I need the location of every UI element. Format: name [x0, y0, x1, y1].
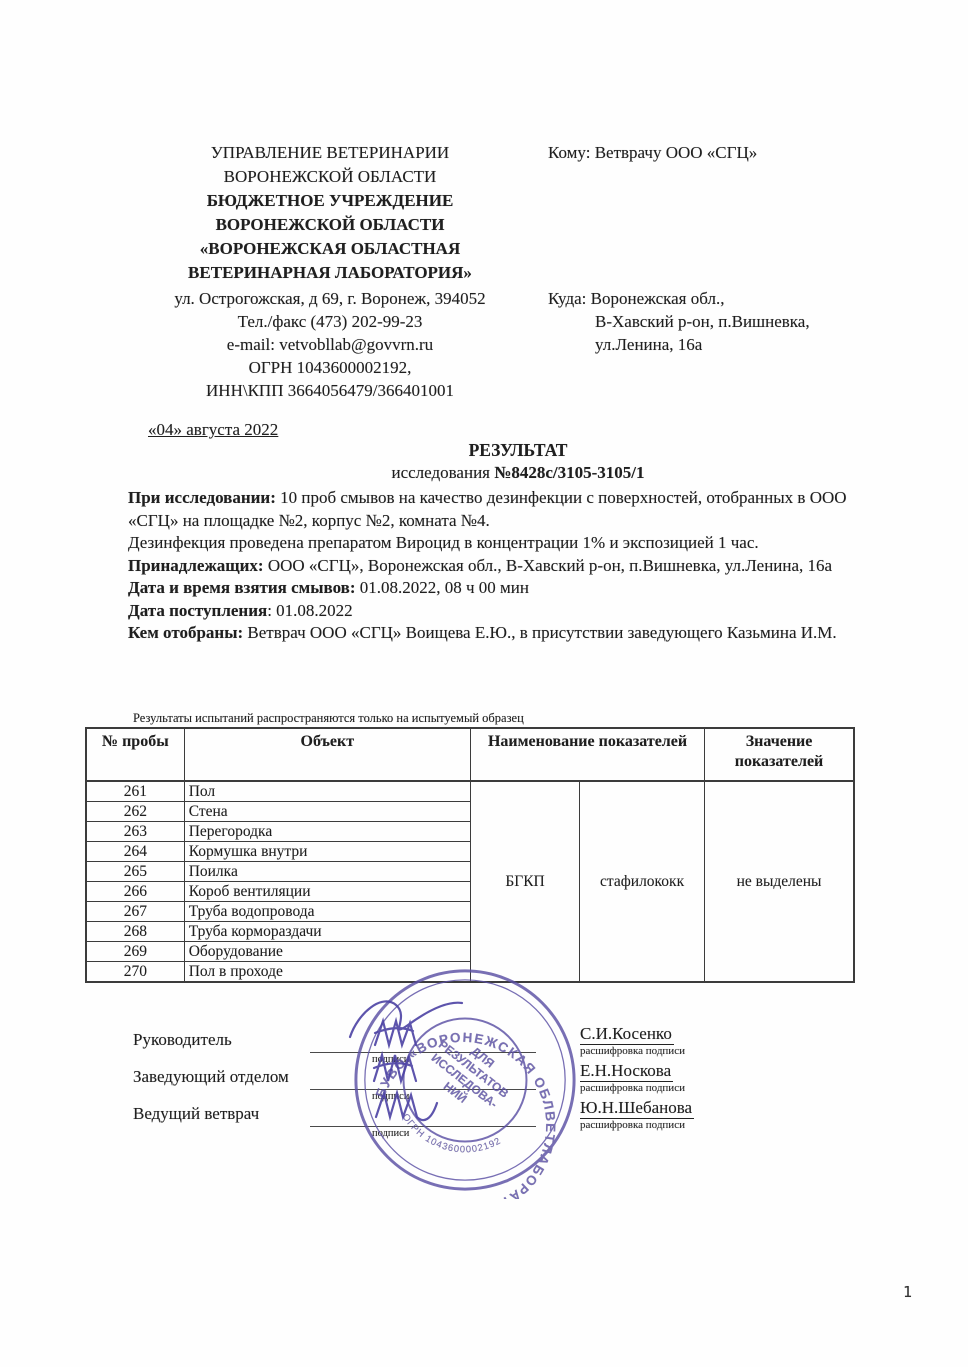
contact-line: ОГРН 1043600002192, — [100, 356, 560, 379]
header-object: Объект — [184, 728, 470, 781]
paragraph: При исследовании: 10 проб смывов на каче… — [128, 487, 882, 532]
object-cell: Кормушка внутри — [184, 842, 470, 862]
body-paragraphs: При исследовании: 10 проб смывов на каче… — [128, 487, 882, 645]
object-cell: Пол — [184, 781, 470, 802]
object-cell: Труба кормораздачи — [184, 922, 470, 942]
page-number: 1 — [903, 1283, 912, 1301]
org-name-line: ВЕТЕРИНАРНАЯ ЛАБОРАТОРИЯ» — [115, 261, 545, 285]
to-value: Ветврачу ООО «СГЦ» — [595, 143, 758, 162]
sample-number-cell: 266 — [86, 882, 184, 902]
org-name-line: ВОРОНЕЖСКОЙ ОБЛАСТИ — [115, 213, 545, 237]
object-cell: Поилка — [184, 862, 470, 882]
header-sample-number: № пробы — [86, 728, 184, 781]
sample-number-cell: 269 — [86, 942, 184, 962]
where-first-line: Куда: Воронежская обл., — [548, 287, 810, 310]
org-name-line: БЮДЖЕТНОЕ УЧРЕЖДЕНИЕ — [115, 189, 545, 213]
paragraph-text: ООО «СГЦ», Воронежская обл., В-Хавский р… — [264, 556, 833, 575]
paragraph-lead: Дата и время взятия смывов: — [128, 578, 356, 597]
paragraph: Принадлежащих: ООО «СГЦ», Воронежская об… — [128, 555, 882, 578]
header-indicator-name: Наименование показателей — [470, 728, 704, 781]
sample-number-cell: 263 — [86, 822, 184, 842]
results-table: № пробы Объект Наименование показателей … — [85, 727, 855, 983]
signature-scribble-1 — [375, 1021, 416, 1045]
org-name-line: УПРАВЛЕНИЕ ВЕТЕРИНАРИИ — [115, 141, 545, 165]
contact-line: Тел./факс (473) 202-99-23 — [100, 310, 560, 333]
signer-role-label: Заведующий отделом — [133, 1067, 289, 1087]
object-cell: Короб вентиляции — [184, 882, 470, 902]
sample-number-cell: 265 — [86, 862, 184, 882]
contact-line: ул. Острогожская, д 69, г. Воронеж, 3940… — [100, 287, 560, 310]
subtitle-prefix: исследования — [391, 463, 490, 482]
scanned-document-page: УПРАВЛЕНИЕ ВЕТЕРИНАРИИВОРОНЕЖСКОЙ ОБЛАСТ… — [0, 0, 968, 1367]
indicator-name-cell: БГКП — [470, 781, 579, 982]
paragraph: Дата поступления: 01.08.2022 — [128, 600, 882, 623]
signature-scribbles — [330, 975, 690, 1155]
signature-scribble-2 — [374, 1055, 416, 1081]
org-name-line: ВОРОНЕЖСКОЙ ОБЛАСТИ — [115, 165, 545, 189]
results-note: Результаты испытаний распространяются то… — [133, 711, 524, 726]
org-name-line: «ВОРОНЕЖСКАЯ ОБЛАСТНАЯ — [115, 237, 545, 261]
where-value: Воронежская обл., — [591, 289, 725, 308]
sender-org-block: УПРАВЛЕНИЕ ВЕТЕРИНАРИИВОРОНЕЖСКОЙ ОБЛАСТ… — [115, 141, 545, 285]
result-title: РЕЗУЛЬТАТ — [128, 440, 908, 461]
signature-scribble-3 — [376, 1093, 437, 1120]
sample-number-cell: 264 — [86, 842, 184, 862]
where-line: В-Хавский р-он, п.Вишневка, — [595, 310, 810, 333]
indicator-value-cell: не выделены — [705, 781, 854, 982]
sample-number-cell: 270 — [86, 962, 184, 983]
signer-role-label: Ведущий ветврач — [133, 1104, 259, 1124]
paragraph: Дата и время взятия смывов: 01.08.2022, … — [128, 577, 882, 600]
object-cell: Труба водопровода — [184, 902, 470, 922]
paragraph-text: : 01.08.2022 — [267, 601, 352, 620]
where-rest-lines: В-Хавский р-он, п.Вишневка,ул.Ленина, 16… — [548, 310, 810, 356]
sample-number-cell: 267 — [86, 902, 184, 922]
object-cell: Перегородка — [184, 822, 470, 842]
recipient-to: Кому: Ветврачу ООО «СГЦ» — [548, 143, 757, 163]
paragraph-text: Ветврач ООО «СГЦ» Воищева Е.Ю., в присут… — [243, 623, 837, 642]
to-label: Кому: — [548, 143, 590, 162]
sender-contact-block: ул. Острогожская, д 69, г. Воронеж, 3940… — [100, 287, 560, 402]
paragraph: Дезинфекция проведена препаратом Вироцид… — [128, 532, 882, 555]
indicator-name-cell: стафилококк — [580, 781, 705, 982]
paragraph-text: Дезинфекция проведена препаратом Вироцид… — [128, 533, 759, 552]
sample-number-cell: 262 — [86, 802, 184, 822]
signer-role-label: Руководитель — [133, 1030, 232, 1050]
paragraph-text: 01.08.2022, 08 ч 00 мин — [356, 578, 530, 597]
table-header-row: № пробы Объект Наименование показателей … — [86, 728, 854, 781]
table-row: 261ПолБГКПстафилококкне выделены — [86, 781, 854, 802]
object-cell: Оборудование — [184, 942, 470, 962]
paragraph-lead: При исследовании: — [128, 488, 276, 507]
study-number: №8428с/3105-3105/1 — [494, 463, 644, 482]
object-cell: Стена — [184, 802, 470, 822]
contact-line: e-mail: vetvobllab@govvrn.ru — [100, 333, 560, 356]
document-date: «04» августа 2022 — [148, 420, 278, 440]
where-label: Куда: — [548, 289, 586, 308]
where-line: ул.Ленина, 16а — [595, 333, 810, 356]
header-indicator-value: Значение показателей — [705, 728, 854, 781]
sample-number-cell: 268 — [86, 922, 184, 942]
contact-line: ИНН\КПП 3664056479/366401001 — [100, 379, 560, 402]
paragraph-lead: Кем отобраны: — [128, 623, 243, 642]
recipient-where: Куда: Воронежская обл., В-Хавский р-он, … — [548, 287, 810, 356]
sample-number-cell: 261 — [86, 781, 184, 802]
result-subtitle: исследования №8428с/3105-3105/1 — [128, 463, 908, 483]
paragraph: Кем отобраны: Ветврач ООО «СГЦ» Воищева … — [128, 622, 882, 645]
paragraph-lead: Принадлежащих: — [128, 556, 264, 575]
paragraph-lead: Дата поступления — [128, 601, 267, 620]
